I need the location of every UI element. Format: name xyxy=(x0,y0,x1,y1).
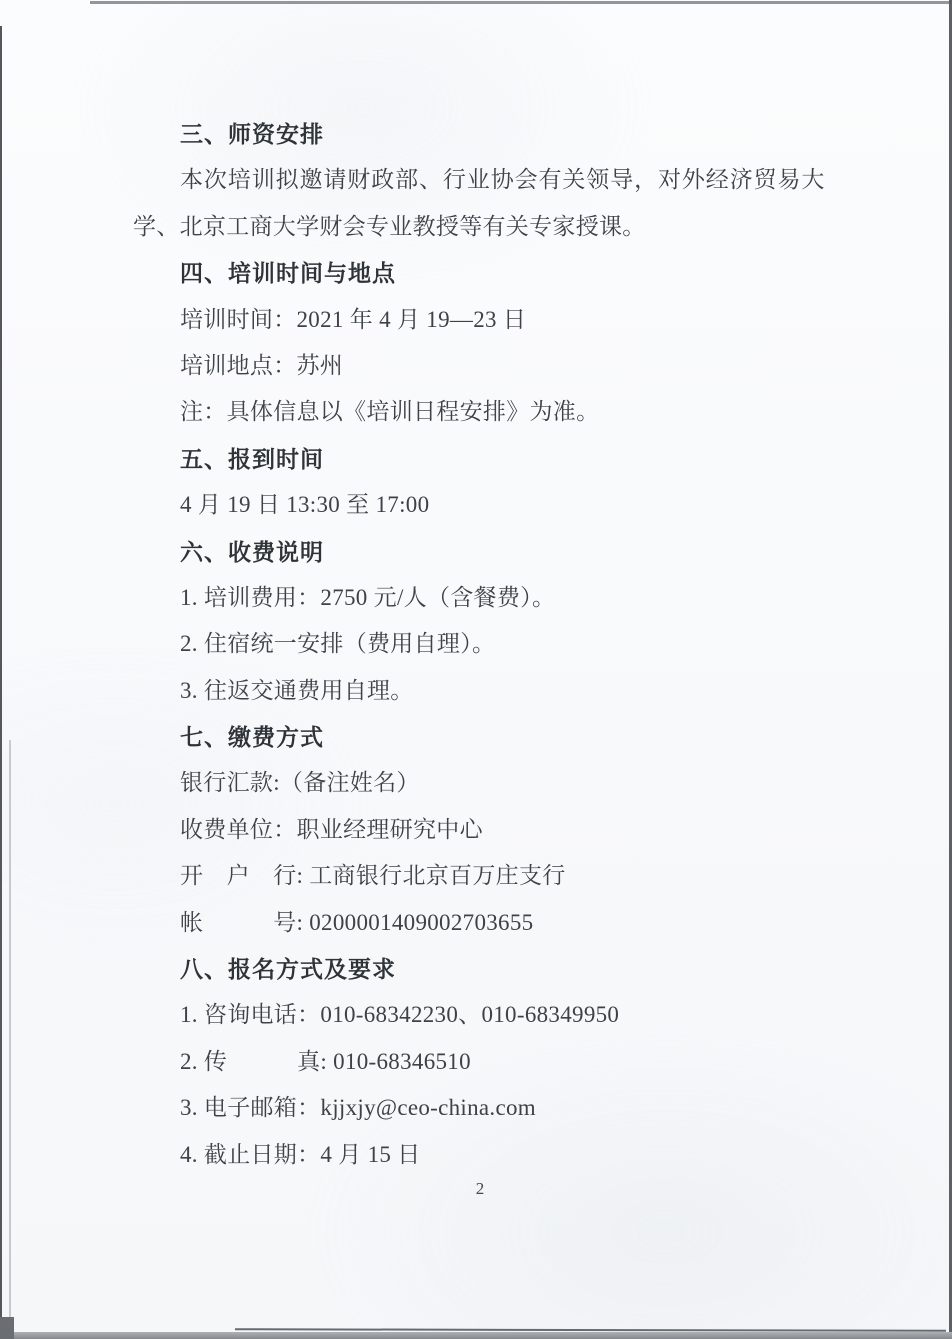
line-training-place: 培训地点：苏州 xyxy=(133,343,833,389)
document-text-block: 三、师资安排 本次培训拟邀请财政部、行业协会有关领导，对外经济贸易大 学、北京工… xyxy=(133,111,833,1178)
line-fee-transport: 3. 往返交通费用自理。 xyxy=(133,668,833,714)
scan-edge-left xyxy=(0,26,2,1339)
line-checkin-time: 4 月 19 日 13:30 至 17:00 xyxy=(133,482,833,528)
scanned-document-page: 三、师资安排 本次培训拟邀请财政部、行业协会有关领导，对外经济贸易大 学、北京工… xyxy=(0,0,952,1339)
line-payee-unit: 收费单位：职业经理研究中心 xyxy=(133,807,833,853)
scan-artifact-line xyxy=(235,1328,946,1331)
line-schedule-note: 注：具体信息以《培训日程安排》为准。 xyxy=(133,389,833,435)
heading-section-3-teachers: 三、师资安排 xyxy=(133,111,833,157)
line-email-address: 3. 电子邮箱：kjjxjy@ceo-china.com xyxy=(133,1085,833,1131)
line-bank-transfer: 银行汇款:（备注姓名） xyxy=(133,760,833,806)
para-teachers-line-2: 学、北京工商大学财会专业教授等有关专家授课。 xyxy=(133,204,833,250)
scan-edge-bottom xyxy=(0,1332,952,1339)
line-inquiry-phone: 1. 咨询电话：010-68342230、010-68349950 xyxy=(133,992,833,1038)
line-fax-number: 2. 传 真: 010-68346510 xyxy=(133,1039,833,1085)
line-fee-lodging: 2. 住宿统一安排（费用自理）。 xyxy=(133,621,833,667)
para-teachers-line-1: 本次培训拟邀请财政部、行业协会有关领导，对外经济贸易大 xyxy=(133,157,833,203)
scan-corner-bottom-left xyxy=(0,1317,14,1339)
scan-edge-top xyxy=(90,1,952,4)
line-bank-branch: 开 户 行: 工商银行北京百万庄支行 xyxy=(133,853,833,899)
page-number: 2 xyxy=(133,1174,827,1204)
heading-section-7-payment: 七、缴费方式 xyxy=(133,714,833,760)
line-deadline-date: 4. 截止日期：4 月 15 日 xyxy=(133,1132,833,1178)
heading-section-8-registration: 八、报名方式及要求 xyxy=(133,946,833,992)
heading-section-6-fees: 六、收费说明 xyxy=(133,529,833,575)
heading-section-5-checkin: 五、报到时间 xyxy=(133,436,833,482)
line-training-time: 培训时间：2021 年 4 月 19—23 日 xyxy=(133,297,833,343)
scan-edge-left-inner xyxy=(9,740,11,1327)
line-account-number: 帐 号: 0200001409002703655 xyxy=(133,900,833,946)
line-fee-training: 1. 培训费用：2750 元/人（含餐费）。 xyxy=(133,575,833,621)
heading-section-4-time-place: 四、培训时间与地点 xyxy=(133,250,833,296)
